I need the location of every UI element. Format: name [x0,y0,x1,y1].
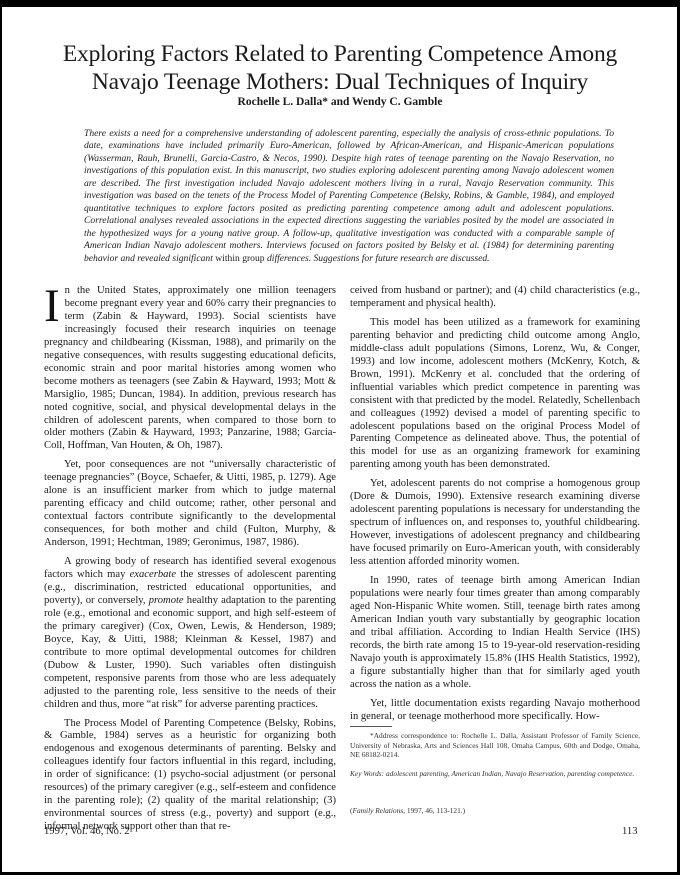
abstract-upright: within group [213,253,267,264]
drop-cap: I [44,287,60,325]
paragraph: Yet, poor consequences are not “universa… [44,459,336,550]
abstract: There exists a need for a comprehensive … [84,128,614,265]
paragraph-text: n the United States, approximately one m… [44,285,336,451]
article-title: Exploring Factors Related to Parenting C… [0,40,680,96]
keywords: Key Words: adolescent parenting, America… [350,769,640,779]
page-number: 113 [622,826,638,837]
abstract-end: differences. Suggestions for future rese… [267,253,490,264]
correspondence-footnote: *Address correspondence to: Rochelle L. … [350,731,640,760]
emphasis-text: promote [149,595,184,606]
paragraph: Yet, adolescent parents do not comprise … [350,478,640,569]
footnote-divider [350,726,392,727]
journal-name: Family Relations [352,806,403,815]
issue-info: 1997, Vol. 46, No. 2 [44,826,130,837]
paragraph: ceived from husband or partner); and (4)… [350,285,640,311]
paragraph: In the United States, approximately one … [44,285,336,453]
body-column-left: In the United States, approximately one … [44,285,336,840]
paragraph-text: healthy adaptation to the parenting role… [44,595,336,710]
title-line-2: Navajo Teenage Mothers: Dual Techniques … [0,68,680,96]
paragraph: A growing body of research has identifie… [44,556,336,711]
citation-details: , 1997, 46, 113-121.) [403,806,465,815]
emphasis-text: exacerbate [130,569,176,580]
paragraph: In 1990, rates of teenage birth among Am… [350,575,640,692]
abstract-main: There exists a need for a comprehensive … [84,128,614,264]
paragraph: This model has been utilized as a framew… [350,317,640,472]
journal-citation: (Family Relations, 1997, 46, 113-121.) [350,806,640,816]
body-column-right: ceived from husband or partner); and (4)… [350,285,640,730]
paragraph: The Process Model of Parenting Competenc… [44,718,336,835]
footnote-text: *Address correspondence to: Rochelle L. … [350,731,640,760]
title-line-1: Exploring Factors Related to Parenting C… [0,40,680,68]
paragraph: Yet, little documentation exists regardi… [350,698,640,724]
author-byline: Rochelle L. Dalla* and Wendy C. Gamble [0,96,680,108]
